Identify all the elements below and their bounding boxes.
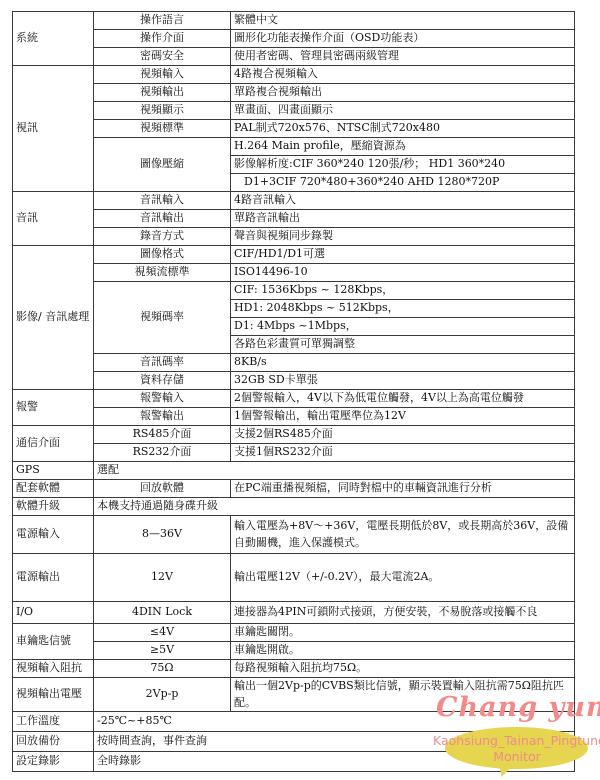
spec-value: 單路音訊輸出 — [231, 210, 575, 228]
spec-value: 聲音與視頻同步錄製 — [231, 228, 575, 246]
category-processing: 影像/ 音訊處理 — [13, 246, 94, 390]
spec-value: 車鑰匙開啟。 — [231, 642, 575, 660]
spec-value: CIF/HD1/D1可選 — [231, 246, 575, 264]
spec-value: 32GB SD卡單張 — [231, 372, 575, 390]
spec-label: 回放軟體 — [94, 480, 231, 498]
table-row: 視頻標準 PAL制式720x576、NTSC制式720x480 — [13, 120, 575, 138]
spec-value: 輸入電壓為+8V～+36V，電壓長期低於8V，或長期高於36V，設備自動關機，進… — [231, 516, 575, 554]
table-row: I/O 4DIN Lock 連接器為4PIN可鎖附式接頭，方便安裝，不易脫落或接… — [13, 602, 575, 624]
spec-label: 2Vp-p — [94, 678, 231, 712]
watermark-region-line2: Monitor — [433, 749, 600, 765]
spec-value: 使用者密碼、管理員密碼兩級管理 — [231, 48, 575, 66]
category-work-temp: 工作溫度 — [13, 712, 94, 732]
table-row: 音訊碼率 8KB/s — [13, 354, 575, 372]
spec-value: 單路複合視頻輸出 — [231, 84, 575, 102]
spec-label: 視頻標準 — [94, 120, 231, 138]
spec-value: 4路音訊輸入 — [231, 192, 575, 210]
category-comm: 通信介面 — [13, 426, 94, 462]
category-power-in: 電源輸入 — [13, 516, 94, 554]
table-row: GPS 選配 — [13, 462, 575, 480]
spec-label: ≤4V — [94, 624, 231, 642]
spec-value: PAL制式720x576、NTSC制式720x480 — [231, 120, 575, 138]
spec-value: HD1: 2048Kbps ~ 512Kbps， — [231, 300, 575, 318]
table-row: 視頻顯示 單畫面、四畫面顯示 — [13, 102, 575, 120]
spec-label: 操作語言 — [94, 12, 231, 30]
table-row: 電源輸入 8—36V 輸入電壓為+8V～+36V，電壓長期低於8V，或長期高於3… — [13, 516, 575, 554]
table-row: 密碼安全 使用者密碼、管理員密碼兩級管理 — [13, 48, 575, 66]
spec-value: 8KB/s — [231, 354, 575, 372]
watermark-brand: Chang yun's — [436, 692, 600, 723]
spec-value: H.264 Main profile，壓縮資源為 — [231, 138, 575, 156]
category-io: I/O — [13, 602, 94, 624]
category-key-signal: 車鑰匙信號 — [13, 624, 94, 660]
spec-value: 繁體中文 — [231, 12, 575, 30]
table-row: 音訊輸出 單路音訊輸出 — [13, 210, 575, 228]
spec-value: D1: 4Mbps ~1Mbps， — [231, 318, 575, 336]
spec-label: RS232介面 — [94, 444, 231, 462]
table-row: 報警 報警輸入 2個警報輸入，4V以下為低電位觸發，4V以上為高電位觸發 — [13, 390, 575, 408]
table-row: 電源輸出 12V 輸出電壓12V（+/-0.2V），最大電流2A。 — [13, 554, 575, 602]
spec-label: 視頻輸出 — [94, 84, 231, 102]
spec-label: 4DIN Lock — [94, 602, 231, 624]
spec-value: 2個警報輸入，4V以下為低電位觸發，4V以上為高電位觸發 — [231, 390, 575, 408]
table-row: 影像/ 音訊處理 圖像格式 CIF/HD1/D1可選 — [13, 246, 575, 264]
spec-value: ISO14496-10 — [231, 264, 575, 282]
table-row: RS232介面 支援1個RS232介面 — [13, 444, 575, 462]
spec-label: 報警輸出 — [94, 408, 231, 426]
spec-label: 12V — [94, 554, 231, 602]
spec-value: 圖形化功能表操作介面（OSD功能表） — [231, 30, 575, 48]
spec-value: 4路複合視頻輸入 — [231, 66, 575, 84]
table-row: 視頻輸入阻抗 75Ω 每路視頻輸入阻抗均75Ω。 — [13, 660, 575, 678]
spec-value: 影像解析度:CIF 360*240 120張/秒； HD1 360*240 — [231, 156, 575, 174]
spec-value: 單畫面、四畫面顯示 — [231, 102, 575, 120]
spec-sheet-page: { "spec": { "system": { "category": "系統"… — [0, 0, 600, 780]
spec-label: 音訊輸入 — [94, 192, 231, 210]
spec-label: RS485介面 — [94, 426, 231, 444]
spec-table: 系統 操作語言 繁體中文 操作介面 圖形化功能表操作介面（OSD功能表） 密碼安… — [12, 11, 575, 772]
category-video-in-impedance: 視頻輸入阻抗 — [13, 660, 94, 678]
table-row: 配套軟體 回放軟體 在PC端重播視頻檔，同時對檔中的車輛資訊進行分析 — [13, 480, 575, 498]
watermark-region-line1: Kaohsiung_Tainan_Pingtung — [433, 733, 600, 749]
spec-label: 75Ω — [94, 660, 231, 678]
spec-value: 輸出電壓12V（+/-0.2V），最大電流2A。 — [231, 554, 575, 602]
table-row: 系統 操作語言 繁體中文 — [13, 12, 575, 30]
spec-value: 每路視頻輸入阻抗均75Ω。 — [231, 660, 575, 678]
spec-value: 連接器為4PIN可鎖附式接頭，方便安裝，不易脫落或接觸不良 — [231, 602, 575, 624]
table-row: ≥5V 車鑰匙開啟。 — [13, 642, 575, 660]
table-row: 視頻碼率 CIF: 1536Kbps ~ 128Kbps， — [13, 282, 575, 300]
spec-value: 支援2個RS485介面 — [231, 426, 575, 444]
table-row: 視訊 視頻輸入 4路複合視頻輸入 — [13, 66, 575, 84]
spec-value: 選配 — [94, 462, 575, 480]
table-row: 圖像壓縮 H.264 Main profile，壓縮資源為 — [13, 138, 575, 156]
category-alarm: 報警 — [13, 390, 94, 426]
table-row: 報警輸出 1個警報輸出，輸出電壓準位為12V — [13, 408, 575, 426]
spec-label: 視頻流標準 — [94, 264, 231, 282]
category-video-out-voltage: 視頻輸出電壓 — [13, 678, 94, 712]
spec-value: 支援1個RS232介面 — [231, 444, 575, 462]
category-playback-backup: 回放備份 — [13, 732, 94, 752]
table-row: 操作介面 圖形化功能表操作介面（OSD功能表） — [13, 30, 575, 48]
category-record-setting: 設定錄影 — [13, 752, 94, 772]
spec-value: CIF: 1536Kbps ~ 128Kbps， — [231, 282, 575, 300]
spec-label: 視頻輸入 — [94, 66, 231, 84]
spec-label: 錄音方式 — [94, 228, 231, 246]
spec-label: 密碼安全 — [94, 48, 231, 66]
spec-value: 1個警報輸出，輸出電壓準位為12V — [231, 408, 575, 426]
spec-label-bitrate: 視頻碼率 — [94, 282, 231, 354]
category-system: 系統 — [13, 12, 94, 66]
table-row: 視頻流標準 ISO14496-10 — [13, 264, 575, 282]
spec-label: 音訊輸出 — [94, 210, 231, 228]
table-row: 軟體升級 本機支持通過隨身碟升級 — [13, 498, 575, 516]
spec-value: 在PC端重播視頻檔，同時對檔中的車輛資訊進行分析 — [231, 480, 575, 498]
spec-value: 車鑰匙關閉。 — [231, 624, 575, 642]
spec-label: 資料存儲 — [94, 372, 231, 390]
spec-label: 報警輸入 — [94, 390, 231, 408]
spec-value: 本機支持通過隨身碟升級 — [94, 498, 575, 516]
spec-label: 音訊碼率 — [94, 354, 231, 372]
spec-value: 各路色彩畫質可單獨調整 — [231, 336, 575, 354]
category-gps: GPS — [13, 462, 94, 480]
category-software: 配套軟體 — [13, 480, 94, 498]
table-row: 錄音方式 聲音與視頻同步錄製 — [13, 228, 575, 246]
spec-value: D1+3CIF 720*480+360*240 AHD 1280*720P — [231, 174, 575, 192]
table-row: 視頻輸出 單路複合視頻輸出 — [13, 84, 575, 102]
table-row: 通信介面 RS485介面 支援2個RS485介面 — [13, 426, 575, 444]
spec-label: 8—36V — [94, 516, 231, 554]
table-row: 音訊 音訊輸入 4路音訊輸入 — [13, 192, 575, 210]
category-video: 視訊 — [13, 66, 94, 192]
table-row: 資料存儲 32GB SD卡單張 — [13, 372, 575, 390]
spec-label: ≥5V — [94, 642, 231, 660]
spec-label: 操作介面 — [94, 30, 231, 48]
category-audio: 音訊 — [13, 192, 94, 246]
watermark-region-text: Kaohsiung_Tainan_Pingtung Monitor — [433, 733, 600, 766]
spec-label-compression: 圖像壓縮 — [94, 138, 231, 192]
table-row: 車鑰匙信號 ≤4V 車鑰匙關閉。 — [13, 624, 575, 642]
category-upgrade: 軟體升級 — [13, 498, 94, 516]
spec-label: 視頻顯示 — [94, 102, 231, 120]
spec-label: 圖像格式 — [94, 246, 231, 264]
category-power-out: 電源輸出 — [13, 554, 94, 602]
